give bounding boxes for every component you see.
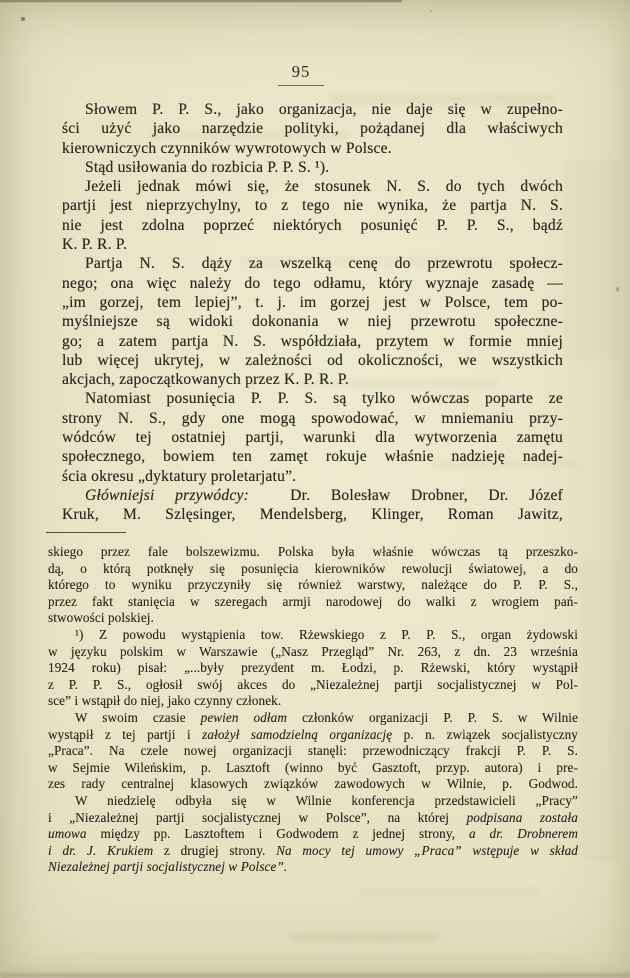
paragraph: Słowem P. P. S., jako organizacja, nie d… [62,100,563,158]
text: stwowości polskiej. [48,610,154,625]
text-line: skiego przez fale bolszewizmu. Polska by… [48,544,578,561]
text-line: strony N. S., gdy one mogą spowodować, w… [62,409,563,428]
text-line: Stąd usiłowania do rozbicia P. P. S. ¹). [62,158,563,177]
text: Jeżeli jednak mówi się, że stosunek N. S… [85,178,563,195]
page-bleed-through [565,160,620,360]
text: partji jest nieprzychylny, to z tego nie… [62,197,563,214]
text-line: i „Niezależnej partji socjalistycznej w … [48,810,578,827]
text: dą, o którą potknęły się posunięcia kier… [48,561,578,576]
text-line: partji jest nieprzychylny, to z tego nie… [62,196,563,215]
text: z P. P. S., ogłosił swój akces do „Nieza… [48,677,578,692]
text-line: w Sejmie Wileńskim, p. Lasztoft (winno b… [48,760,578,777]
text: Kruk, M. Szlęsinger, Mendelsberg, Klinge… [62,506,563,523]
text: lub więcej ukrytej, w zależności od okol… [62,352,563,369]
text: w języku polskim w Warszawie („Nasz Prze… [48,644,578,659]
paragraph: Stąd usiłowania do rozbicia P. P. S. ¹). [62,158,563,177]
footnote-separator-rule [46,532,126,533]
text-line: ścia okresu „dyktatury proletarjatu”. [62,467,563,486]
italic-text: umowa [48,826,87,841]
text: W swoim czasie [75,710,201,725]
page-header: 95 [0,62,602,86]
text-line: dą, o którą potknęły się posunięcia kier… [48,561,578,578]
text: skiego przez fale bolszewizmu. Polska by… [48,544,578,559]
text: ¹) Z powodu wystąpienia tow. Rżewskiego … [75,627,578,642]
text: W niedzielę odbyła się w Wilnie konferen… [75,793,578,808]
italic-text: pewien odłam [201,710,287,725]
text: „Praca”. Na czele nowej organizacji stan… [48,743,578,758]
paper-smudge [290,932,440,942]
text: Partja N. S. dąży za wszelką cenę do prz… [85,255,563,272]
text-line: stwowości polskiej. [48,610,578,627]
text: z drugiej strony. [153,843,276,858]
text: nego; ona więc należy do tego odłamu, kt… [62,275,563,292]
scanned-book-page: 95 Słowem P. P. S., jako organizacja, ni… [0,0,630,978]
text-line: społecznego, bowiem ten zamęt rokuje wła… [62,447,563,466]
text: K. P. R. P. [62,236,127,253]
text-line: Natomiast posunięcia P. P. S. są tylko w… [62,389,563,408]
text: w Sejmie Wileńskim, p. Lasztoft (winno b… [48,760,578,775]
ink-speck [21,17,25,21]
text-line: z P. P. S., ogłosił swój akces do „Nieza… [48,677,578,694]
italic-text: Na mocy tej umowy „Praca” wstępuje w skł… [276,843,578,858]
text-line: „Praca”. Na czele nowej organizacji stan… [48,743,578,760]
ink-speck [430,10,432,12]
text-line: sce” i wstąpił do niej, jako czynny czło… [48,693,578,710]
text: kierowniczych czynników wywrotowych w Po… [62,140,392,157]
text: Słowem P. P. S., jako organizacja, nie d… [85,101,563,118]
text: go; a zatem partja N. S. współdziała, pr… [62,333,563,350]
scan-edge-bottom [0,973,630,978]
paragraph: ¹) Z powodu wystąpienia tow. Rżewskiego … [48,627,578,710]
text: wódców tej ostatniej partji, warunki dla… [62,429,563,446]
text: ścia okresu „dyktatury proletarjatu”. [62,468,296,485]
text: zes rady centralnej klasowych związków z… [48,776,578,791]
paragraph: skiego przez fale bolszewizmu. Polska by… [48,544,578,627]
text-line: go; a zatem partja N. S. współdziała, pr… [62,332,563,351]
text-line: nie jest zdolna poprzeć niektórych posun… [62,216,563,235]
text-line: ści użyć jako narzędzie polityki, pożąda… [62,119,563,138]
paragraph: W swoim czasie pewien odłam członków org… [48,710,578,793]
paragraph: Główniejsi przywódcy: Dr. Bolesław Drobn… [62,486,563,525]
text: akcjach, zapoczątkowanych przez K. P. R.… [62,371,349,388]
paragraph: W niedzielę odbyła się w Wilnie konferen… [48,793,578,876]
text-line: Główniejsi przywódcy: Dr. Bolesław Drobn… [62,486,563,505]
text: i „Niezależnej partji socjalistycznej w … [48,810,467,825]
text-line: umowa między pp. Lasztoftem i Godwodem z… [48,826,578,843]
italic-text: założył samodzielną organizację [202,727,392,742]
text-line: 1924 roku) pisał: „...były prezydent m. … [48,660,578,677]
text-line: nego; ona więc należy do tego odłamu, kt… [62,274,563,293]
page-bleed-through [580,560,620,860]
text-line: przez fakt stanięcia w szeregach armji n… [48,594,578,611]
text-line: w języku polskim w Warszawie („Nasz Prze… [48,644,578,661]
text-line: Partja N. S. dąży za wszelką cenę do prz… [62,254,563,273]
italic-text: Niezależnej partji socjalistycznej w Pol… [48,859,287,874]
italic-text: Główniejsi przywódcy: [85,487,249,504]
text-line: „im gorzej, tem lepiej”, t. j. im gorzej… [62,293,563,312]
paragraph: Jeżeli jednak mówi się, że stosunek N. S… [62,177,563,254]
text-line: Kruk, M. Szlęsinger, Mendelsberg, Klinge… [62,505,563,524]
italic-text: i dr. J. Krukiem [48,843,153,858]
text: p. n. związek socjalistyczny [392,727,578,742]
text: społecznego, bowiem ten zamęt rokuje wła… [62,448,563,465]
text: między pp. Lasztoftem i Godwodem z jedne… [87,826,469,841]
text: Natomiast posunięcia P. P. S. są tylko w… [85,390,563,407]
footnote-text: skiego przez fale bolszewizmu. Polska by… [48,544,578,876]
text-line: kierowniczych czynników wywrotowych w Po… [62,139,563,158]
text: Stąd usiłowania do rozbicia P. P. S. ¹). [85,159,329,176]
text-line: i dr. J. Krukiem z drugiej strony. Na mo… [48,843,578,860]
page-number: 95 [278,62,325,86]
text: 1924 roku) pisał: „...były prezydent m. … [48,660,578,675]
text-line: zes rady centralnej klasowych związków z… [48,776,578,793]
text: ści użyć jako narzędzie polityki, pożąda… [62,120,563,137]
paragraph: Natomiast posunięcia P. P. S. są tylko w… [62,389,563,485]
text-line: K. P. R. P. [62,235,563,254]
text-line: myślniejsze są widoki dokonania w niej p… [62,312,563,331]
italic-text: podpisana została [467,810,578,825]
text: nie jest zdolna poprzeć niektórych posun… [62,217,563,234]
text-line: akcjach, zapoczątkowanych przez K. P. R.… [62,370,563,389]
text-line: lub więcej ukrytej, w zależności od okol… [62,351,563,370]
text-line: Jeżeli jednak mówi się, że stosunek N. S… [62,177,563,196]
text-line: którego to wyniku przyczyniły się równie… [48,577,578,594]
paragraph: Partja N. S. dąży za wszelką cenę do prz… [62,254,563,389]
text: myślniejsze są widoki dokonania w niej p… [62,313,563,330]
text-line: W swoim czasie pewien odłam członków org… [48,710,578,727]
text: Dr. Bolesław Drobner, Dr. Józef [249,487,563,504]
text: strony N. S., gdy one mogą spowodować, w… [62,410,563,427]
body-text: Słowem P. P. S., jako organizacja, nie d… [62,100,563,525]
text-line: wystąpił z tej partji i założył samodzie… [48,727,578,744]
text-line: ¹) Z powodu wystąpienia tow. Rżewskiego … [48,627,578,644]
text: członków organizacji P. P. S. w Wilnie [287,710,578,725]
text-line: wódców tej ostatniej partji, warunki dla… [62,428,563,447]
text: wystąpił z tej partji i [48,727,202,742]
text: przez fakt stanięcia w szeregach armji n… [48,594,578,609]
page-bleed-through [360,888,540,897]
italic-text: a dr. Drobnerem [469,826,578,841]
text-line: Niezależnej partji socjalistycznej w Pol… [48,859,578,876]
text: którego to wyniku przyczyniły się równie… [48,577,578,592]
text-line: W niedzielę odbyła się w Wilnie konferen… [48,793,578,810]
text: sce” i wstąpił do niej, jako czynny czło… [48,693,281,708]
text: „im gorzej, tem lepiej”, t. j. im gorzej… [62,294,563,311]
scan-edge-top [0,0,402,2]
text-line: Słowem P. P. S., jako organizacja, nie d… [62,100,563,119]
